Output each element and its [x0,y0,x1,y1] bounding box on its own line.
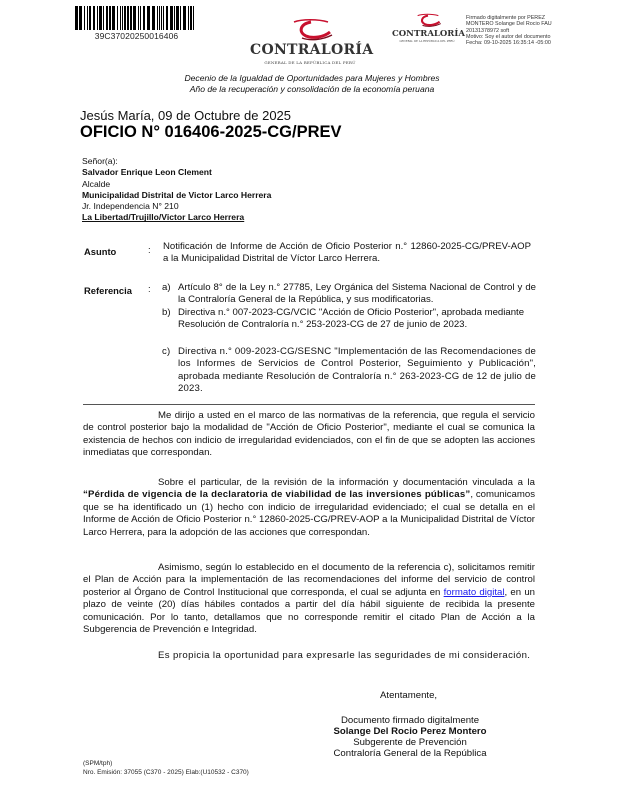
barcode-bar [99,6,102,30]
initials: (SPM/tph) [83,760,249,769]
barcode-bar [133,6,136,30]
barcode-bar [163,6,164,30]
barcode-bar [188,6,189,30]
recipient-address: Jr. Independencia N° 210 [82,201,271,212]
signer-name: Solange Del Rocio Perez Montero [310,726,510,737]
barcode-bar [79,6,82,30]
contraloria-swoosh-icon [288,18,334,42]
signer-title: Subgerente de Prevención [310,737,510,748]
barcode-bar [120,6,121,30]
asunto-colon: : [148,244,151,255]
barcode-bar [140,6,141,30]
barcode-bar [143,6,145,30]
paragraph-text: Es propicia la oportunidad para expresar… [158,650,530,661]
recipient-block: Señor(a): Salvador Enrique Leon Clement … [82,156,271,224]
paragraph-text: Me dirijo a usted en el marco de las nor… [83,410,535,458]
barcode-bar [130,6,132,30]
contraloria-swoosh-icon [414,12,442,29]
salutation: Señor(a): [82,156,271,167]
referencia-text: Artículo 8° de la Ley n.° 27785, Ley Org… [178,282,536,307]
referencia-label: Referencia [84,285,132,296]
barcode-bar [152,6,155,30]
contraloria-logo-main: CONTRALORÍA GENERAL DE LA REPÚBLICA DEL … [250,18,370,66]
asunto-text: Notificación de Informe de Acción de Ofi… [163,241,531,266]
barcode [75,6,198,30]
section-divider [83,404,535,405]
barcode-bar [124,6,126,30]
barcode-bar [138,6,139,30]
asunto-label: Asunto [84,246,116,257]
barcode-bar [84,6,85,30]
barcode-bar [117,6,118,30]
logo-name: CONTRALORÍA [250,42,370,58]
recipient-name: Salvador Enrique Leon Clement [82,167,271,178]
signature-note: Documento firmado digitalmente [310,715,510,726]
barcode-bar [97,6,98,30]
recipient-location: La Libertad/Trujillo/Victor Larco Herrer… [82,212,271,223]
recipient-position: Alcalde [82,179,271,190]
barcode-bar [93,6,95,30]
stamp-line: Fecha: 09-10-2025 16:35:14 -05:00 [466,40,624,46]
barcode-bar [106,6,108,30]
year-line: Año de la recuperación y consolidación d… [150,84,474,95]
signer-institution: Contraloría General de la República [310,748,510,759]
barcode-number: 39C37020250016406 [75,31,198,41]
barcode-bar [166,6,168,30]
barcode-bar [109,6,111,30]
digital-signature-stamp: Firmado digitalmente por PEREZ MONTERO S… [466,15,624,46]
barcode-bar [174,6,175,30]
logo-name: CONTRALORÍA [392,29,462,39]
recipient-entity: Municipalidad Distrital de Victor Larco … [82,190,271,201]
referencia-text: Directiva n.° 009-2023-CG/SESNC "Impleme… [178,346,536,396]
barcode-bar [180,6,181,30]
referencia-letter: a) [162,282,178,307]
barcode-bar [157,6,158,30]
barcode-bar [159,6,160,30]
document-footer: (SPM/tph) Nro. Emisión: 37055 (C370 - 20… [83,760,249,777]
formato-digital-link[interactable]: formato digital [444,587,505,598]
barcode-bar [147,6,150,30]
oficio-number: OFICIO N° 016406-2025-CG/PREV [80,123,342,142]
body-paragraph-2: Sobre el particular, de la revisión de l… [83,477,535,539]
decenio-line: Decenio de la Igualdad de Oportunidades … [150,73,474,84]
emission-number: Nro. Emisión: 37055 (C370 - 2025) Elab:(… [83,769,249,778]
barcode-bar [87,6,88,30]
referencia-item: b) Directiva n.° 007-2023-CG/VCIC "Acció… [162,307,536,332]
referencia-item: c) Directiva n.° 009-2023-CG/SESNC "Impl… [162,346,536,396]
closing: Atentamente, [380,690,437,701]
logo-subtitle: GENERAL DE LA REPÚBLICA DEL PERÚ [250,60,370,65]
contraloria-logo-small: CONTRALORÍA GENERAL DE LA REPÚBLICA DEL … [392,12,462,46]
barcode-bar [112,6,115,30]
logo-subtitle: GENERAL DE LA REPÚBLICA DEL PERÚ [392,40,462,43]
referencia-letter: c) [162,346,178,396]
barcode-bar [122,6,123,30]
highlighted-topic: “Pérdida de vigencia de la declaratoria … [83,489,470,500]
barcode-bar [170,6,173,30]
barcode-bar [161,6,162,30]
barcode-bar [190,6,192,30]
barcode-bar [103,6,104,30]
referencia-letter: b) [162,307,178,332]
referencia-item: a) Artículo 8° de la Ley n.° 27785, Ley … [162,282,536,307]
barcode-bar [127,6,129,30]
barcode-bar [176,6,179,30]
barcode-bar [89,6,91,30]
barcode-bar [75,6,78,30]
barcode-bar [183,6,186,30]
decenio-header: Decenio de la Igualdad de Oportunidades … [150,73,474,95]
body-paragraph-3: Asimismo, según lo establecido en el doc… [83,562,535,636]
body-paragraph-4: Es propicia la oportunidad para expresar… [83,650,535,662]
referencia-colon: : [148,283,151,294]
barcode-bar [193,6,194,30]
place-date: Jesús María, 09 de Octubre de 2025 [80,108,291,123]
referencia-text: Directiva n.° 007-2023-CG/VCIC "Acción d… [178,307,536,332]
body-paragraph-1: Me dirijo a usted en el marco de las nor… [83,410,535,460]
signature-block: Documento firmado digitalmente Solange D… [310,715,510,759]
paragraph-text: Sobre el particular, de la revisión de l… [158,477,535,488]
